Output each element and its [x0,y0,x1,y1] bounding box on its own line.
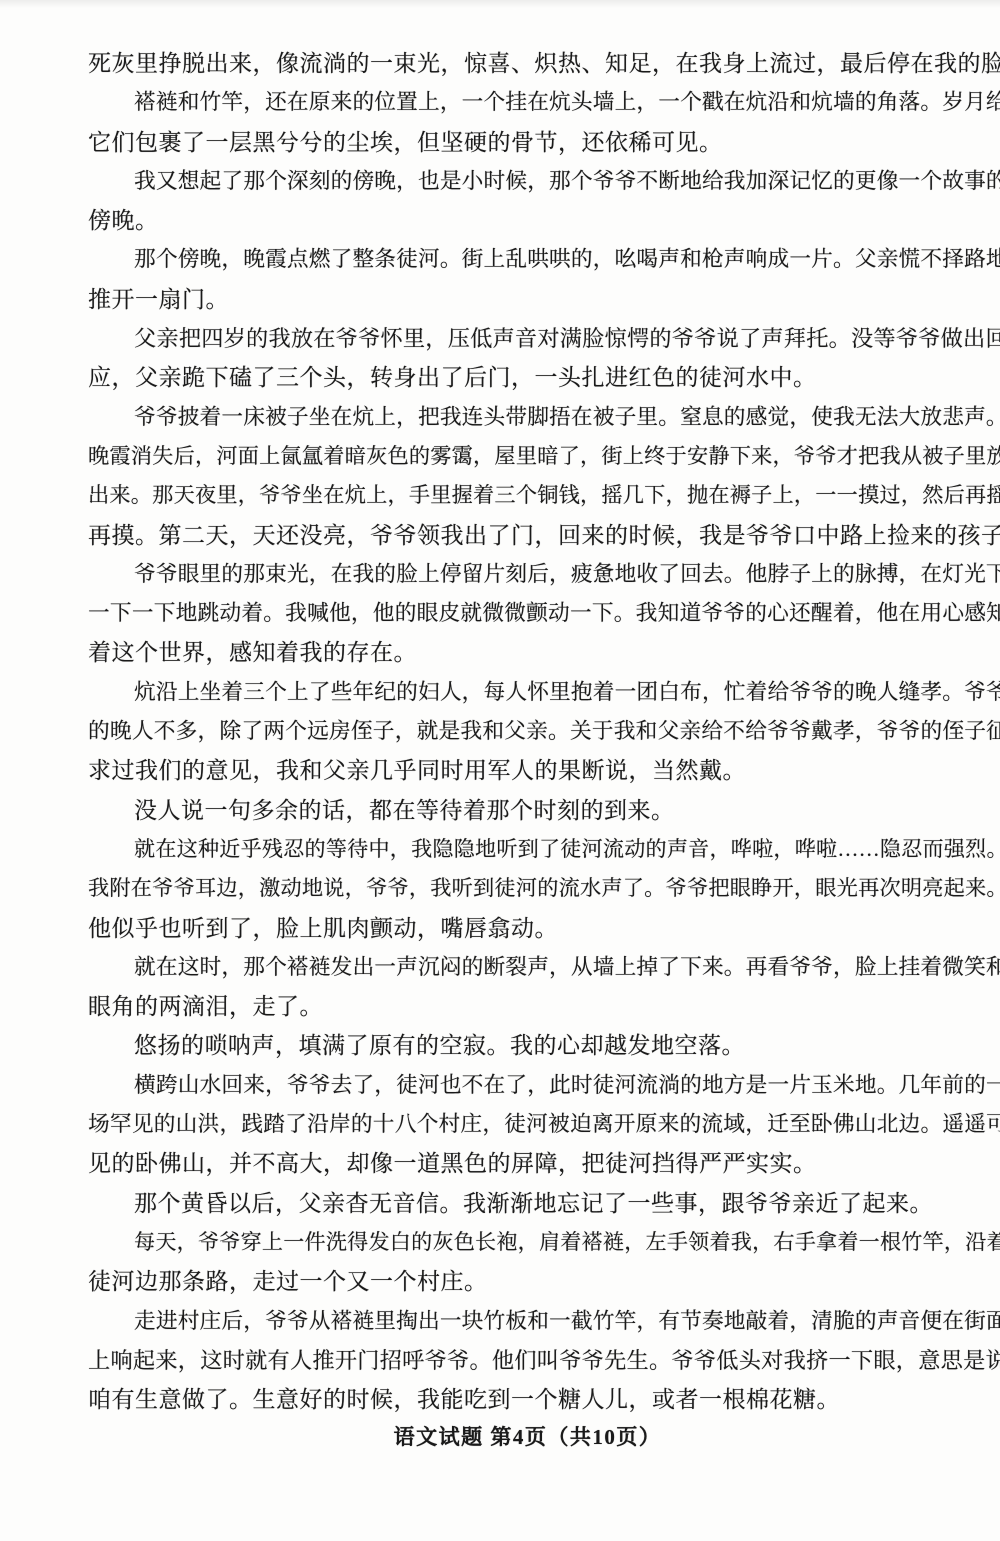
text-line: 再摸。第二天，天还没亮，爷爷领我出了门，回来的时候，我是爷爷口中路上捡来的孩子。 [88,516,1000,555]
text-line: 爷爷眼里的那束光，在我的脸上停留片刻后，疲惫地收了回去。他脖子上的脉搏，在灯光下 [88,555,1000,594]
text-line: 父亲把四岁的我放在爷爷怀里，压低声音对满脸惊愕的爷爷说了声拜托。没等爷爷做出回 [88,319,1000,358]
text-line: 死灰里挣脱出来，像流淌的一束光，惊喜、炽热、知足，在我身上流过，最后停在我的脸上… [88,44,1000,83]
text-line: 着这个世界，感知着我的存在。 [88,633,1000,672]
scan-edge-artifact [0,0,1000,8]
text-line: 炕沿上坐着三个上了些年纪的妇人，每人怀里抱着一团白布，忙着给爷爷的晚人缝孝。爷爷 [88,673,1000,712]
text-line: 我附在爷爷耳边，激动地说，爷爷，我听到徒河的流水声了。爷爷把眼睁开，眼光再次明亮… [88,869,1000,908]
text-line: 求过我们的意见，我和父亲几乎同时用军人的果断说，当然戴。 [88,751,1000,790]
text-line: 就在这种近乎残忍的等待中，我隐隐地听到了徒河流动的声音，哗啦，哗啦……隐忍而强烈… [88,830,1000,869]
text-line: 走进村庄后，爷爷从褡裢里掏出一块竹板和一截竹竿，有节奏地敲着，清脆的声音便在街面 [88,1302,1000,1341]
text-line: 那个傍晚，晚霞点燃了整条徒河。街上乱哄哄的，吆喝声和枪声响成一片。父亲慌不择路地 [88,240,1000,279]
text-block: 死灰里挣脱出来，像流淌的一束光，惊喜、炽热、知足，在我身上流过，最后停在我的脸上… [88,44,1000,1419]
text-line: 我又想起了那个深刻的傍晚，也是小时候，那个爷爷不断地给我加深记忆的更像一个故事的 [88,162,1000,201]
text-line: 场罕见的山洪，践踏了沿岸的十八个村庄，徒河被迫离开原来的流域，迁至卧佛山北边。遥… [88,1105,1000,1144]
text-line: 它们包裹了一层黑兮兮的尘埃，但坚硬的骨节，还依稀可见。 [88,123,1000,162]
text-line: 横跨山水回来，爷爷去了，徒河也不在了，此时徒河流淌的地方是一片玉米地。几年前的一 [88,1066,1000,1105]
text-line: 傍晚。 [88,201,1000,240]
text-line: 褡裢和竹竿，还在原来的位置上，一个挂在炕头墙上，一个戳在炕沿和炕墙的角落。岁月给 [88,83,1000,122]
text-line: 每天，爷爷穿上一件洗得发白的灰色长袍，肩着褡裢，左手领着我，右手拿着一根竹竿，沿… [88,1223,1000,1262]
text-line: 就在这时，那个褡裢发出一声沉闷的断裂声，从墙上掉了下来。再看爷爷，脸上挂着微笑和 [88,948,1000,987]
exam-page: 死灰里挣脱出来，像流淌的一束光，惊喜、炽热、知足，在我身上流过，最后停在我的脸上… [0,0,1000,1541]
text-line: 一下一下地跳动着。我喊他，他的眼皮就微微颤动一下。我知道爷爷的心还醒着，他在用心… [88,594,1000,633]
text-line: 咱有生意做了。生意好的时候，我能吃到一个糖人儿，或者一根棉花糖。 [88,1380,1000,1419]
text-line: 的晚人不多，除了两个远房侄子，就是我和父亲。关于我和父亲给不给爷爷戴孝，爷爷的侄… [88,712,1000,751]
text-line: 上响起来，这时就有人推开门招呼爷爷。他们叫爷爷先生。爷爷低头对我挤一下眼，意思是… [88,1341,1000,1380]
text-line: 爷爷披着一床被子坐在炕上，把我连头带脚捂在被子里。窒息的感觉，使我无法大放悲声。 [88,398,1000,437]
text-line: 眼角的两滴泪，走了。 [88,987,1000,1026]
text-line: 见的卧佛山，并不高大，却像一道黑色的屏障，把徒河挡得严严实实。 [88,1144,1000,1183]
text-line: 徒河边那条路，走过一个又一个村庄。 [88,1262,1000,1301]
text-line: 那个黄昏以后，父亲杳无音信。我渐渐地忘记了一些事，跟爷爷亲近了起来。 [88,1184,1000,1223]
text-line: 没人说一句多余的话，都在等待着那个时刻的到来。 [88,791,1000,830]
text-line: 推开一扇门。 [88,280,1000,319]
text-line: 出来。那天夜里，爷爷坐在炕上，手里握着三个铜钱，摇几下，抛在褥子上，一一摸过，然… [88,476,1000,515]
page-footer: 语文试题 第4页（共10页） [0,1418,1000,1457]
text-line: 晚霞消失后，河面上氤氲着暗灰色的雾霭，屋里暗了，街上终于安静下来，爷爷才把我从被… [88,437,1000,476]
text-line: 应，父亲跪下磕了三个头，转身出了后门，一头扎进红色的徒河水中。 [88,358,1000,397]
text-line: 悠扬的唢呐声，填满了原有的空寂。我的心却越发地空落。 [88,1026,1000,1065]
text-line: 他似乎也听到了，脸上肌肉颤动，嘴唇翕动。 [88,909,1000,948]
